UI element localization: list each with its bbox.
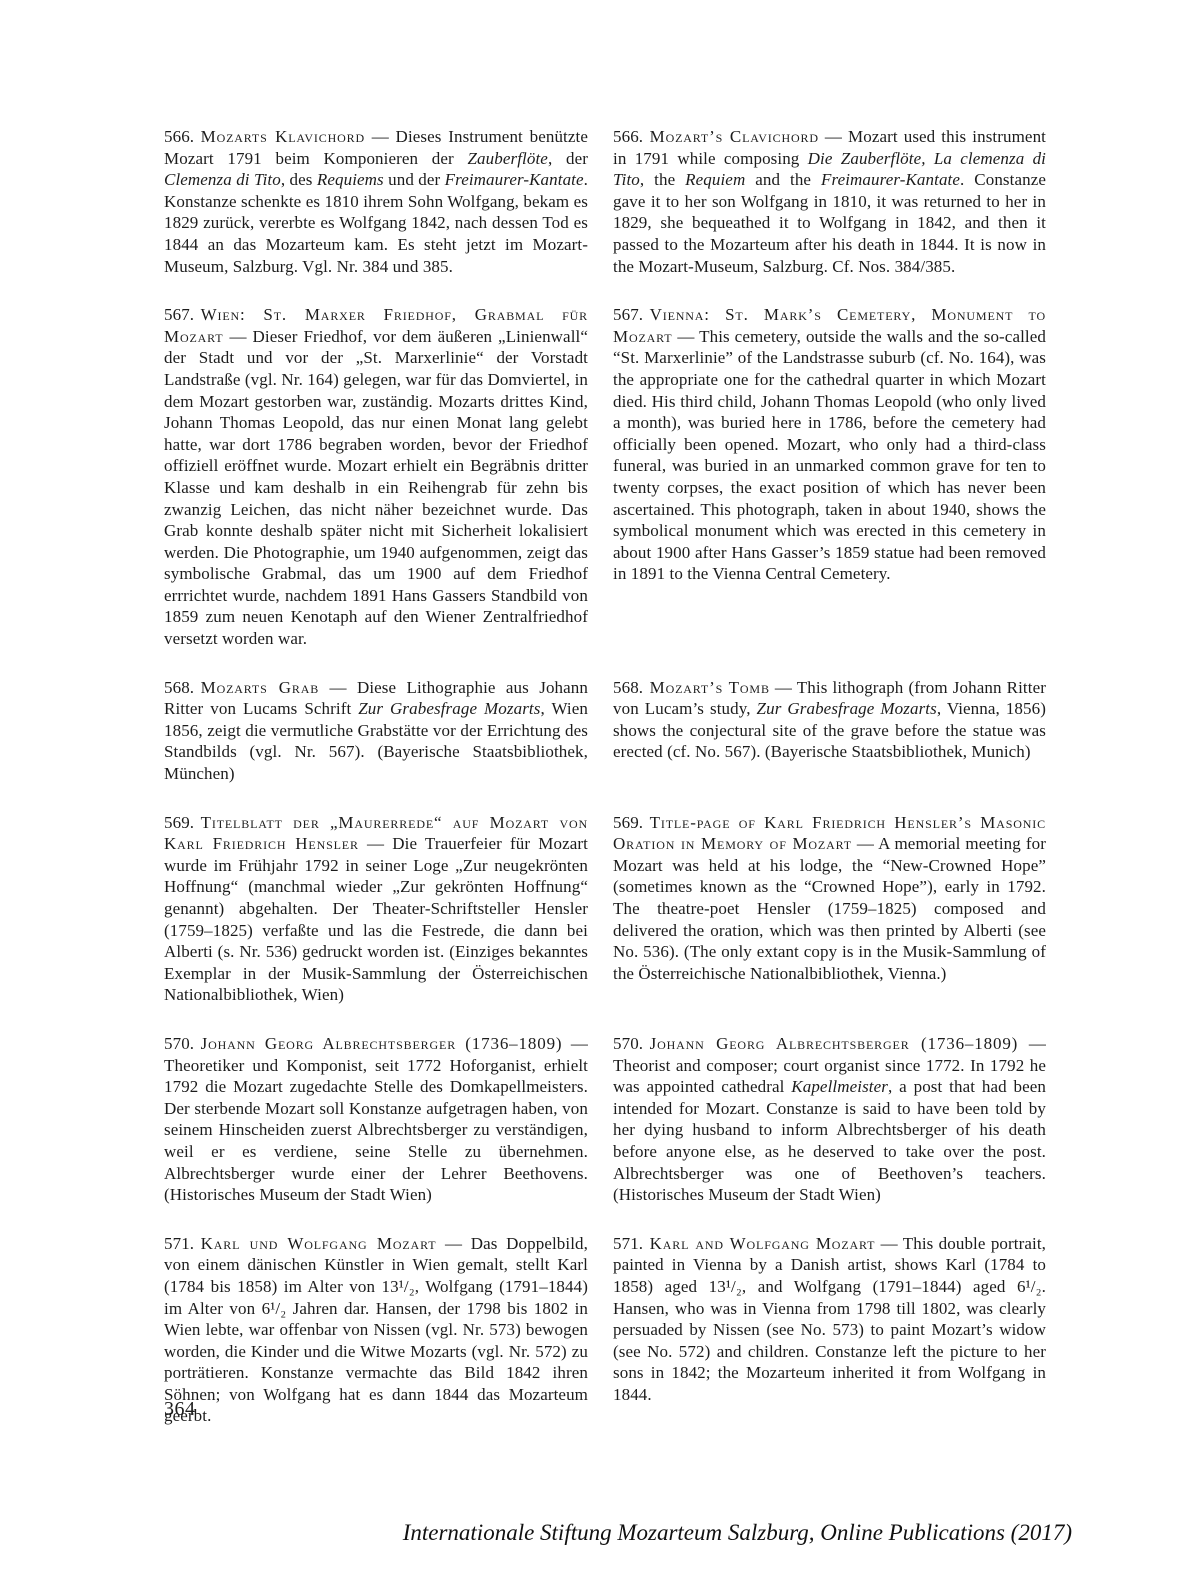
page-number: 364 — [164, 1398, 196, 1421]
entry-body: — Theoretiker und Komponist, seit 1772 H… — [164, 1034, 588, 1204]
entry-number: 569. — [613, 813, 643, 832]
catalog-entry-german: 569.Titelblatt der „Maurerrede“ auf Moza… — [164, 812, 588, 1006]
catalog-entry-english: 567.Vienna: St. Mark’s Cemetery, Monumen… — [613, 304, 1046, 650]
entry-heading: Karl und Wolfgang Mozart — [201, 1234, 437, 1253]
footer-credit: Internationale Stiftung Mozarteum Salzbu… — [0, 1520, 1200, 1546]
entry-heading: Mozart’s Clavichord — [650, 127, 819, 146]
entry-number: 566. — [164, 127, 194, 146]
catalog-entry-german: 567.Wien: St. Marxer Friedhof, Grabmal f… — [164, 304, 588, 650]
entry-body: — Dieses Instrument benützte Mozart 1791… — [164, 127, 588, 276]
entry-body: — Das Doppelbild, von einem dänischen Kü… — [164, 1234, 588, 1426]
entry-body: — Dieser Friedhof, vor dem äußeren „Lini… — [164, 327, 588, 648]
entry-number: 568. — [613, 678, 643, 697]
entry-heading: Johann Georg Albrechtsberger (1736–1809) — [201, 1034, 563, 1053]
entry-heading: Johann Georg Albrechtsberger (1736–1809) — [650, 1034, 1019, 1053]
catalog-entry-german: 566.Mozarts Klavichord — Dieses Instrume… — [164, 126, 588, 277]
entry-number: 567. — [164, 305, 194, 324]
catalog-entry-german: 571.Karl und Wolfgang Mozart — Das Doppe… — [164, 1233, 588, 1427]
entry-body: — Theorist and composer; court organist … — [613, 1034, 1046, 1204]
entry-heading: Karl and Wolfgang Mozart — [650, 1234, 876, 1253]
entry-body: — Die Trauerfeier für Mozart wurde im Fr… — [164, 834, 588, 1004]
entry-number: 571. — [613, 1234, 643, 1253]
entry-body: — This cemetery, outside the walls and t… — [613, 327, 1046, 584]
book-page-scan: 566.Mozarts Klavichord — Dieses Instrume… — [0, 0, 1200, 1581]
entry-number: 570. — [613, 1034, 643, 1053]
entry-number: 571. — [164, 1234, 194, 1253]
entry-body: — A memorial meeting for Mozart was held… — [613, 834, 1046, 983]
catalog-entry-english: 568.Mozart’s Tomb — This lithograph (fro… — [613, 677, 1046, 785]
catalog-entry-english: 566.Mozart’s Clavichord — Mozart used th… — [613, 126, 1046, 277]
entry-number: 567. — [613, 305, 643, 324]
catalog-entry-english: 570.Johann Georg Albrechtsberger (1736–1… — [613, 1033, 1046, 1206]
entry-body: — Mozart used this instrument in 1791 wh… — [613, 127, 1046, 276]
entry-body: — This double portrait, painted in Vienn… — [613, 1234, 1046, 1404]
catalog-entries-grid: 566.Mozarts Klavichord — Dieses Instrume… — [164, 126, 1046, 1427]
entry-number: 566. — [613, 127, 643, 146]
entry-heading: Mozarts Grab — [201, 678, 320, 697]
catalog-entry-english: 569.Title-page of Karl Friedrich Hensler… — [613, 812, 1046, 1006]
entry-number: 569. — [164, 813, 194, 832]
catalog-entry-german: 568.Mozarts Grab — Diese Lithographie au… — [164, 677, 588, 785]
entry-heading: Mozarts Klavichord — [201, 127, 365, 146]
entry-number: 570. — [164, 1034, 194, 1053]
entry-heading: Mozart’s Tomb — [650, 678, 770, 697]
catalog-entry-english: 571.Karl and Wolfgang Mozart — This doub… — [613, 1233, 1046, 1427]
catalog-entry-german: 570.Johann Georg Albrechtsberger (1736–1… — [164, 1033, 588, 1206]
entry-number: 568. — [164, 678, 194, 697]
